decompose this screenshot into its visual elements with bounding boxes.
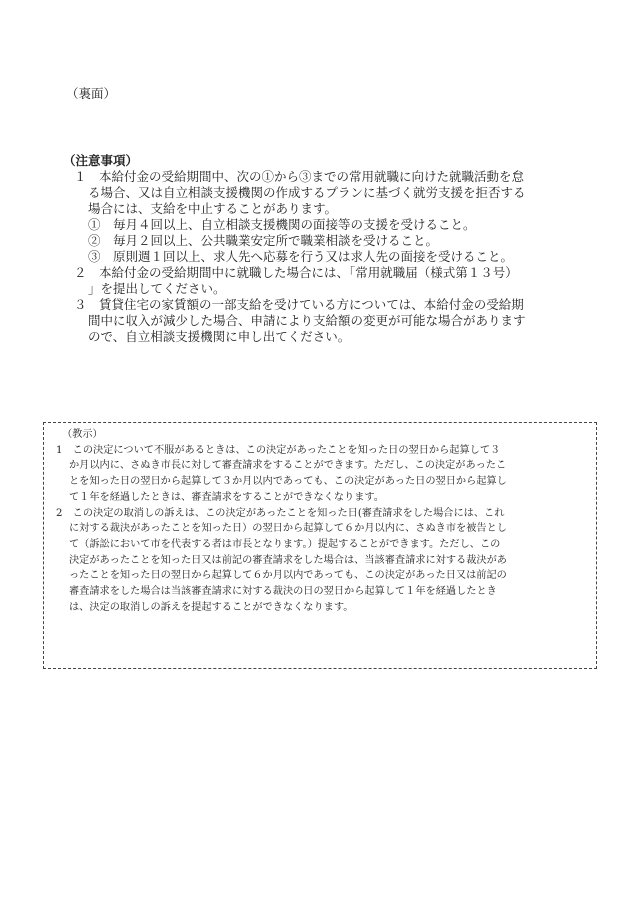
notes-line: ので、自立相談支援機関に申し出てください。 <box>88 329 350 345</box>
notes-subitem-1: ① 毎月４回以上、自立相談支援機関の面接等の支援を受けること。 <box>88 217 476 233</box>
instruction-line: て１年を経過したときは、審査請求をすることができなくなります。 <box>69 490 384 505</box>
instruction-line: ったことを知った日の翌日から起算して６か月以内であっても、この決定があった日又は… <box>69 568 507 583</box>
notes-line: １ 本給付金の受給期間中、次の①から③までの常用就職に向けた就職活動を怠 <box>74 169 524 185</box>
instruction-line: 2 この決定の取消しの訴えは、この決定があったことを知った日(審査請求をした場合… <box>56 506 504 521</box>
instruction-line: は、決定の取消しの訴えを提起することができなくなります。 <box>69 600 353 615</box>
notes-line: ３ 賃貸住宅の家賃額の一部支給を受けている方については、本給付金の受給期 <box>74 297 524 313</box>
instruction-line: て（訴訟において市を代表する者は市長となります。）提起することができます。ただし… <box>69 537 500 552</box>
instruction-line: とを知った日の翌日から起算して３か月以内であっても、この決定があった日の翌日から… <box>69 474 507 489</box>
notes-line: 間中に収入が減少した場合、申請により支給額の変更が可能な場合があります <box>88 313 526 329</box>
instruction-line: か月以内に、さぬき市長に対して審査請求をすることができます。ただし、この決定があ… <box>69 458 506 473</box>
instruction-line: に対する裁決があったことを知った日）の翌日から起算して６か月以内に、さぬき市を被… <box>69 521 507 536</box>
page-side-label: （裏面） <box>66 86 116 102</box>
notes-line: 」を提出してください。 <box>88 281 226 297</box>
notes-subitem-3: ③ 原則週１回以上、求人先へ応募を行う又は求人先の面接を受けること。 <box>88 249 513 265</box>
notes-line: ２ 本給付金の受給期間中に就職した場合には、「常用就職届（様式第１３号） <box>74 265 518 281</box>
instruction-line: 1 この決定について不服があるときは、この決定があったことを知った日の翌日から起… <box>56 443 500 458</box>
notes-line: 場合には、支給を中止することがあります。 <box>88 201 337 217</box>
instruction-line: 審査請求をした場合は当該審査請求に対する裁決の日の翌日から起算して１年を経過した… <box>69 584 497 599</box>
notes-line: る場合、又は自立相談支援機関の作成するプランに基づく就労支援を拒否する <box>88 185 526 201</box>
notes-heading: （注意事項） <box>63 153 138 169</box>
notes-subitem-2: ② 毎月２回以上、公共職業安定所で職業相談を受けること。 <box>88 233 438 249</box>
instruction-heading: （教示） <box>62 427 103 442</box>
instruction-box: （教示） 1 この決定について不服があるときは、この決定があったことを知った日の… <box>43 422 597 669</box>
instruction-line: 決定があったことを知った日又は前記の審査請求をした場合は、当該審査請求に対する裁… <box>69 553 507 568</box>
